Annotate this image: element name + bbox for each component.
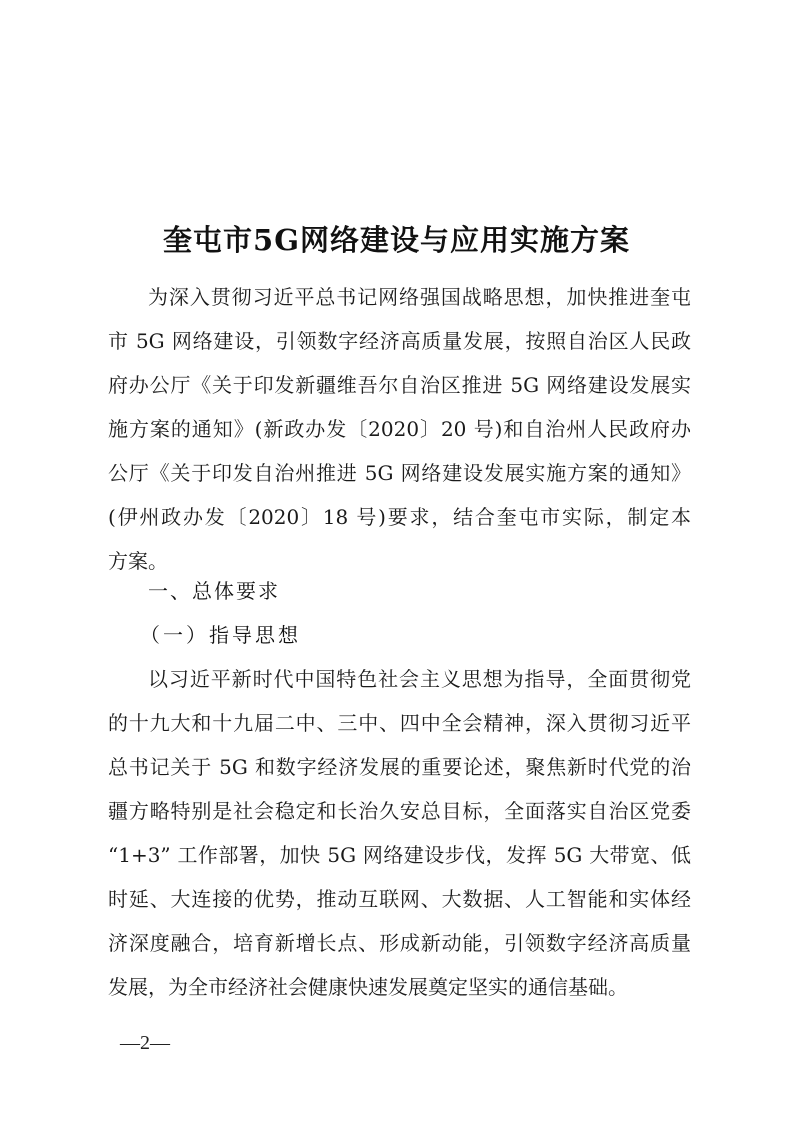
- guiding-line-8: 发展，为全市经济社会健康快速发展奠定坚实的通信基础。: [108, 972, 691, 1002]
- section-heading-general-requirements: 一、总体要求: [148, 576, 280, 606]
- intro-line-7: 方案。: [108, 546, 691, 576]
- intro-line-3: 府办公厅《关于印发新疆维吾尔自治区推进 5G 网络建设发展实: [108, 370, 691, 400]
- guiding-line-2: 的十九大和十九届二中、三中、四中全会精神，深入贯彻习近平: [108, 708, 691, 738]
- guiding-line-1: 以习近平新时代中国特色社会主义思想为指导，全面贯彻党: [148, 664, 691, 694]
- intro-line-5: 公厅《关于印发自治州推进 5G 网络建设发展实施方案的通知》: [108, 458, 691, 488]
- intro-line-6: (伊州政办发〔2020〕18 号)要求，结合奎屯市实际，制定本: [108, 502, 691, 532]
- page-number: —2—: [120, 1030, 170, 1056]
- intro-line-1: 为深入贯彻习近平总书记网络强国战略思想，加快推进奎屯: [148, 282, 691, 312]
- document-page: 奎屯市5G网络建设与应用实施方案 为深入贯彻习近平总书记网络强国战略思想，加快推…: [0, 0, 793, 1122]
- guiding-line-6: 时延、大连接的优势，推动互联网、大数据、人工智能和实体经: [108, 884, 691, 914]
- intro-line-4: 施方案的通知》(新政办发〔2020〕20 号)和自治州人民政府办: [108, 414, 691, 444]
- document-title: 奎屯市5G网络建设与应用实施方案: [0, 218, 793, 262]
- subsection-heading-guiding-ideology: （一）指导思想: [140, 620, 301, 650]
- guiding-line-3: 总书记关于 5G 和数字经济发展的重要论述，聚焦新时代党的治: [108, 752, 691, 782]
- intro-line-2: 市 5G 网络建设，引领数字经济高质量发展，按照自治区人民政: [108, 326, 691, 356]
- guiding-line-4: 疆方略特别是社会稳定和长治久安总目标，全面落实自治区党委: [108, 796, 691, 826]
- guiding-line-7: 济深度融合，培育新增长点、形成新动能，引领数字经济高质量: [108, 928, 691, 958]
- guiding-line-5: “1+3” 工作部署，加快 5G 网络建设步伐，发挥 5G 大带宽、低: [108, 840, 691, 870]
